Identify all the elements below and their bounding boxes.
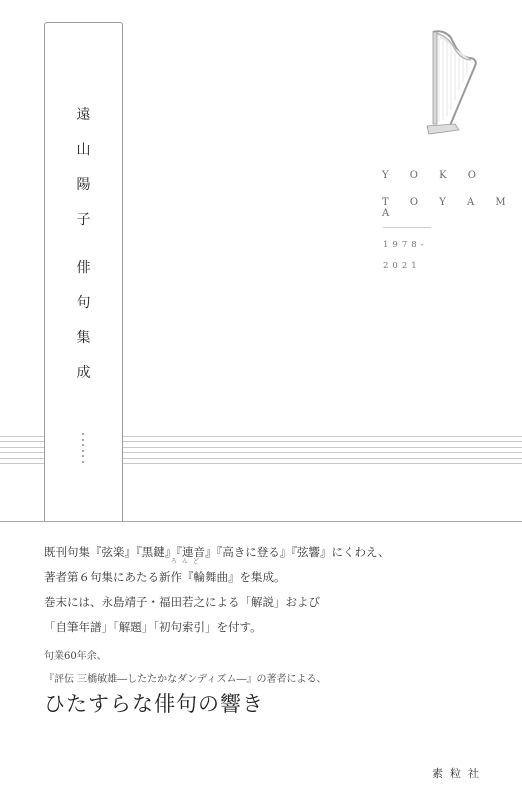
lead-line-2: 『評伝 三橋敏雄―したたかなダンディズム―』の著者による、 <box>44 670 326 685</box>
dot <box>82 444 84 446</box>
title-char: 句 <box>45 286 122 321</box>
author-char: 子 <box>45 203 122 238</box>
blurb-line: 「自筆年譜」「解題」「初句索引」を付す。 <box>44 615 390 640</box>
title-char: 集 <box>45 321 122 356</box>
obi-blurb: 既刊句集『弦楽』『黒鍵』『連音』『高きに登る』『弦響』にくわえ、 著者第６句集に… <box>44 540 390 640</box>
dot <box>82 455 84 457</box>
book-title-vertical: 俳 句 集 成 <box>45 251 122 391</box>
obi-divider <box>0 521 522 522</box>
dot <box>82 439 84 441</box>
divider-rule <box>383 227 431 228</box>
dot <box>82 461 84 463</box>
publisher-name: 素粒社 <box>432 765 486 781</box>
author-roman-first: Y O K O <box>382 170 485 181</box>
dot <box>82 433 84 435</box>
blurb-line: 巻末には、永島靖子・福田若之による「解説」および <box>44 590 390 615</box>
author-name-vertical: 遠 山 陽 子 <box>45 98 122 238</box>
book-cover: 遠 山 陽 子 俳 句 集 成 Y <box>0 0 522 522</box>
harp-illustration-icon <box>425 28 481 140</box>
years-end: 2021 <box>383 261 421 271</box>
dot <box>82 450 84 452</box>
title-char: 俳 <box>45 251 122 286</box>
vertical-dots <box>82 433 85 466</box>
title-char: 成 <box>45 356 122 391</box>
author-char: 山 <box>45 133 122 168</box>
lead-line-1: 句業60年余、 <box>44 647 107 662</box>
author-char: 陽 <box>45 168 122 203</box>
blurb-line: 著者第６句集にあたる新作『輪舞曲』を集成。 <box>44 565 390 590</box>
tagline: ひたすらな俳句の響き <box>44 688 264 718</box>
blurb-line: 既刊句集『弦楽』『黒鍵』『連音』『高きに登る』『弦響』にくわえ、 <box>44 540 390 565</box>
author-roman-last: T O Y A M A <box>382 197 522 219</box>
title-frame: 遠 山 陽 子 俳 句 集 成 <box>44 22 123 522</box>
years-start: 1978- <box>383 240 428 250</box>
author-char: 遠 <box>45 98 122 133</box>
